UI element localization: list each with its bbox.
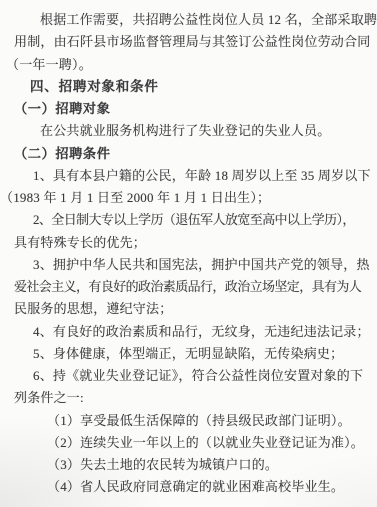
condition-4-line: 4、有良好的政治素质和品行，无纹身，无违纪违法记录；: [14, 321, 371, 343]
subsection-1-heading: （一）招聘对象: [14, 98, 371, 120]
document-body: 根据工作需要，共招聘公益性岗位人员 12 名，全部采取聘 用制，由石阡县市场监督…: [0, 9, 377, 499]
condition-3-line: 爱社会主义，有良好的政治素质品行，政治立场坚定，具有为人: [14, 276, 371, 298]
intro-line: 用制，由石阡县市场监督管理局与其签订公益性岗位劳动合同: [14, 31, 371, 53]
condition-1-line: （1983 年 1 月 1 日至 2000 年 1 月 1 日出生）；: [0, 187, 371, 209]
condition-6-subitem: （2）连续失业一年以上的（以就业失业登记证为准）。: [14, 432, 371, 454]
condition-2-line: 2、全日制大专以上学历（退伍军人放宽至高中以上学历），: [14, 209, 371, 231]
intro-line: （一年一聘）。: [6, 54, 371, 76]
subsection-1-body: 在公共就业服务机构进行了失业登记的失业人员。: [14, 120, 371, 142]
condition-3-line: 民服务的思想，遵纪守法；: [14, 298, 371, 320]
document-page: 根据工作需要，共招聘公益性岗位人员 12 名，全部采取聘 用制，由石阡县市场监督…: [0, 0, 377, 507]
intro-line: 根据工作需要，共招聘公益性岗位人员 12 名，全部采取聘: [14, 9, 371, 31]
condition-2-line: 具有特殊专长的优先；: [14, 232, 371, 254]
condition-6-subitem: （4）省人民政府同意确定的就业困难高校毕业生。: [14, 476, 371, 498]
condition-6-line: 列条件之一:: [14, 387, 371, 409]
condition-1-line: 1、具有本县户籍的公民，年龄 18 周岁以上至 35 周岁以下: [14, 165, 371, 187]
condition-6-subitem: （3）失去土地的农民转为城镇户口的。: [14, 454, 371, 476]
condition-6-line: 6、持《就业失业登记证》，符合公益性岗位安置对象的下: [14, 365, 371, 387]
subsection-2-heading: （二）招聘条件: [14, 143, 371, 165]
condition-5-line: 5、身体健康，体型端正，无明显缺陷，无传染病史；: [14, 343, 371, 365]
condition-6-subitem: （1）享受最低生活保障的（持县级民政部门证明）。: [14, 410, 371, 432]
section-heading: 四、招聘对象和条件: [14, 76, 371, 98]
condition-3-line: 3、拥护中华人民共和国宪法，拥护中国共产党的领导，热: [14, 254, 371, 276]
